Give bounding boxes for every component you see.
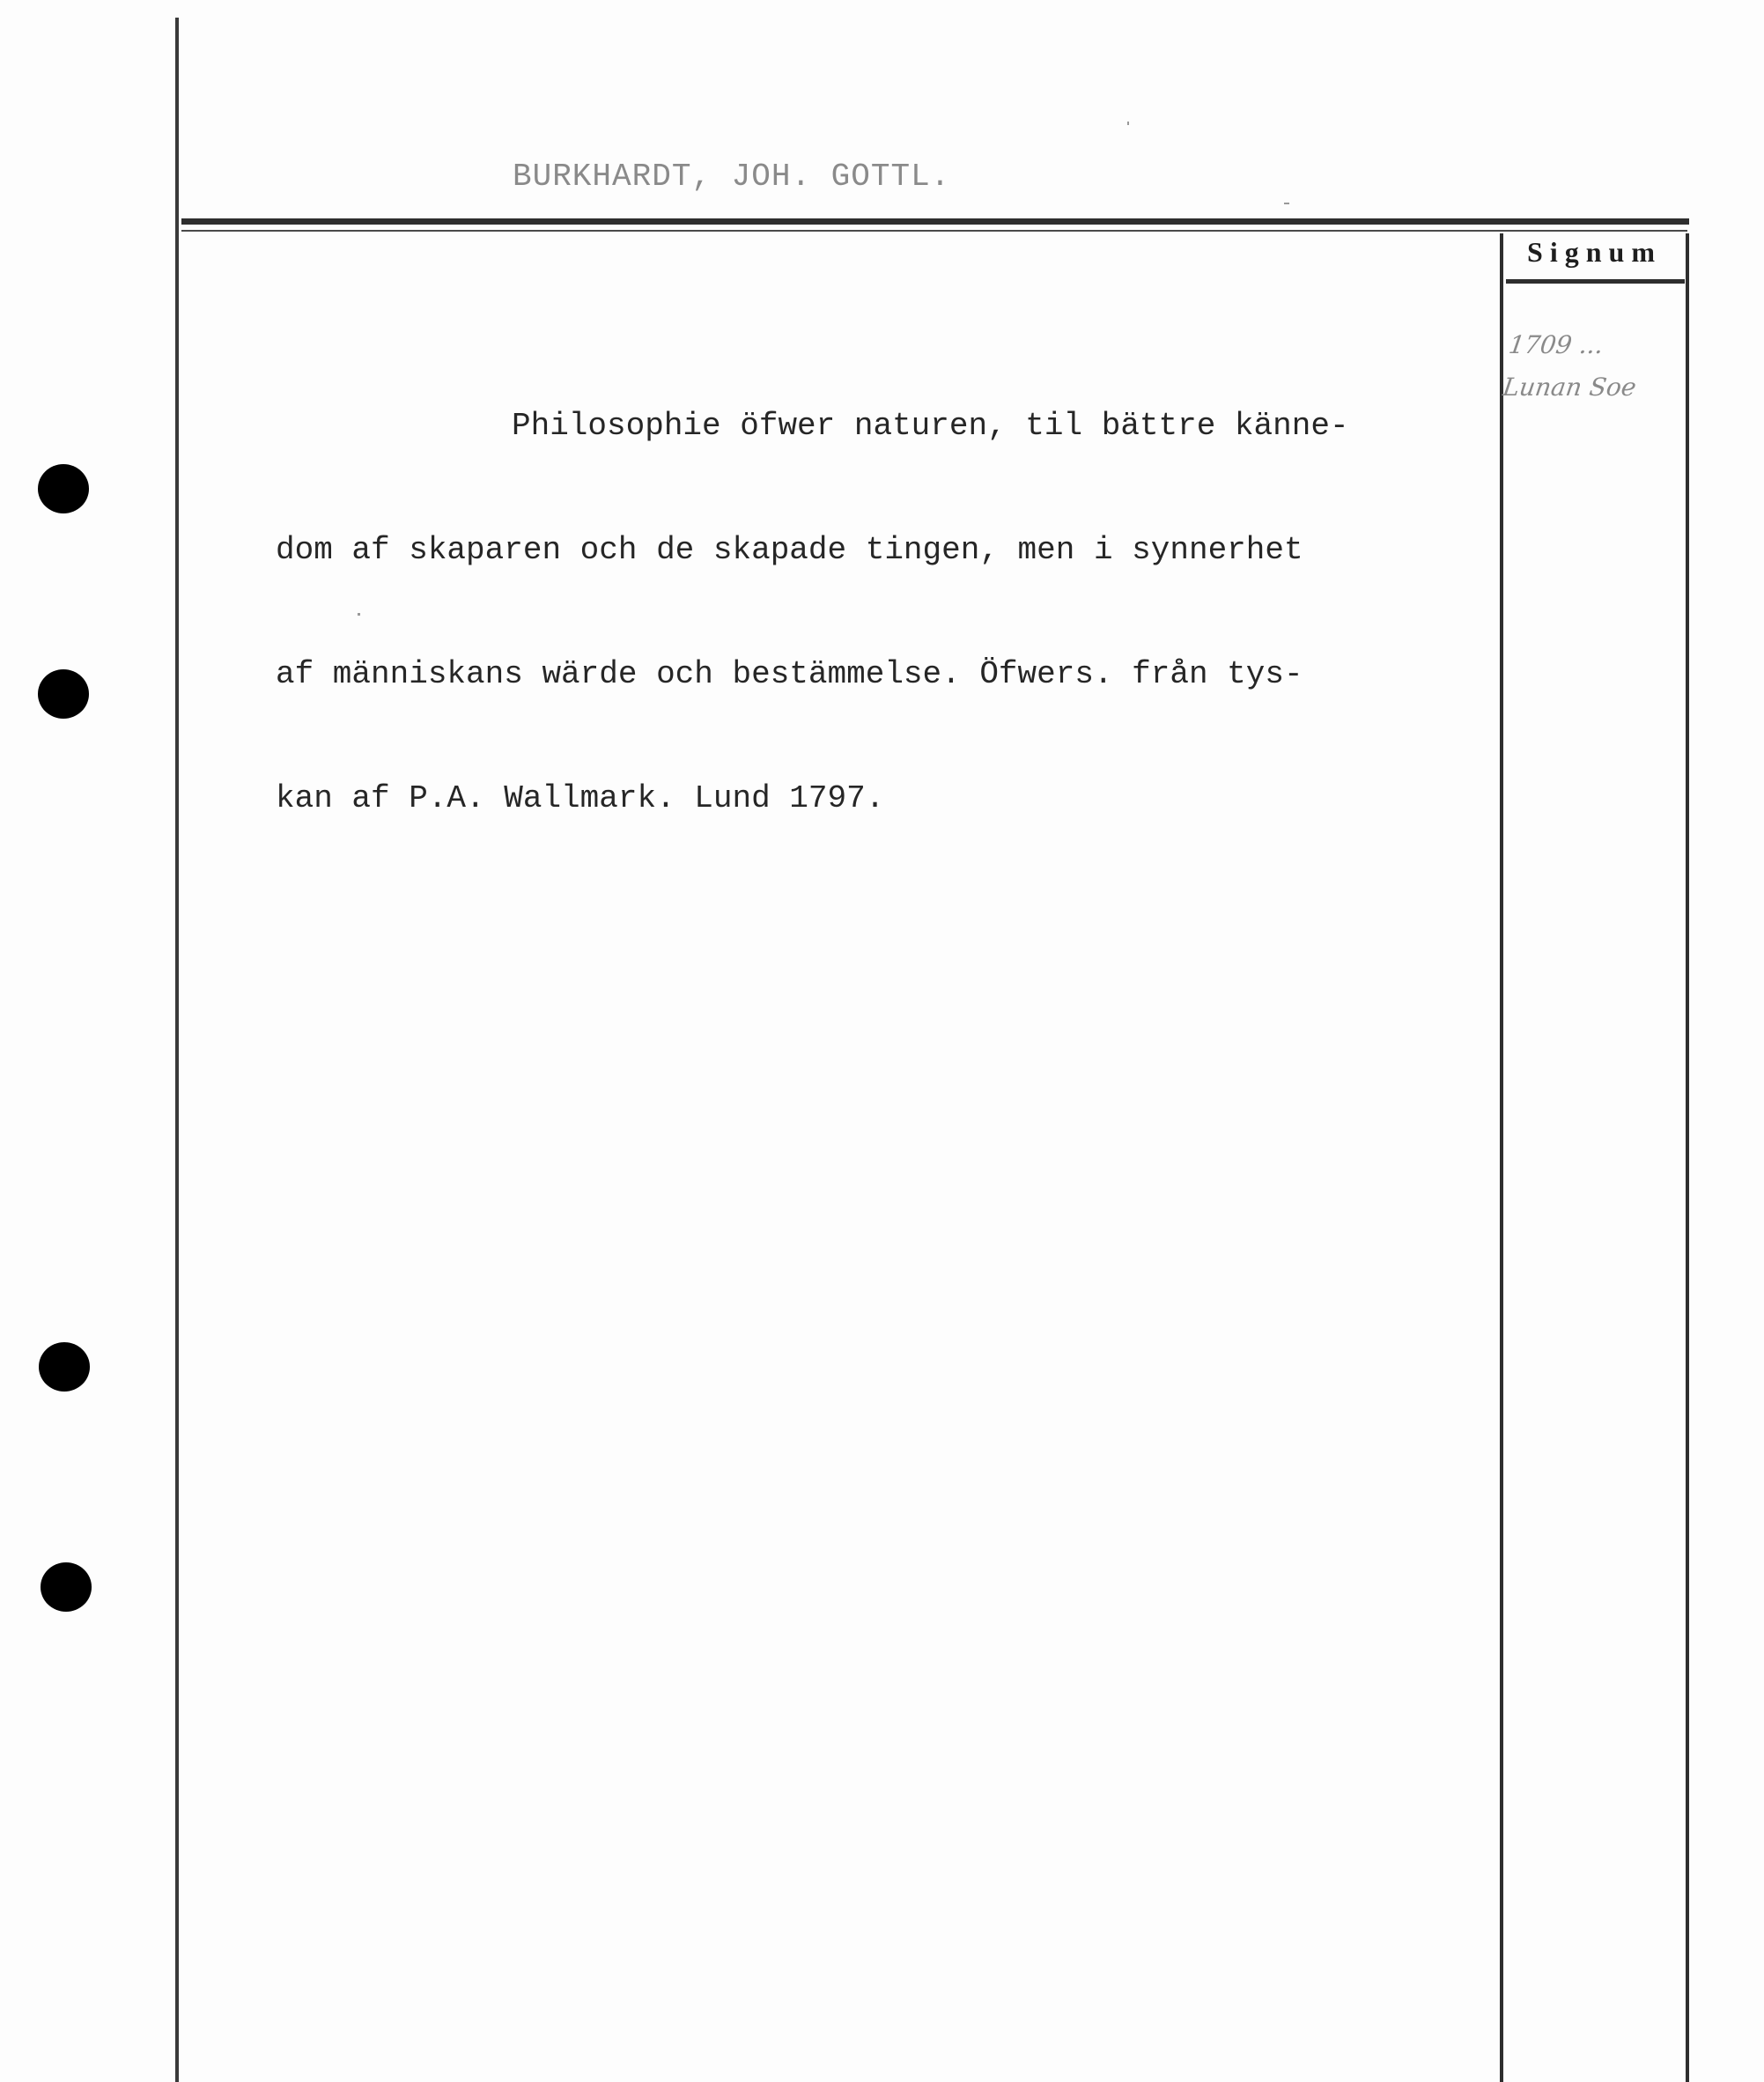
entry-line: dom af skaparen och de skapade tingen, m… xyxy=(276,529,1473,571)
signum-label: Signum xyxy=(1503,236,1686,269)
paper-speck xyxy=(1284,203,1289,204)
entry-line: kan af P.A. Wallmark. Lund 1797. xyxy=(276,778,1473,819)
bibliographic-entry: Philosophie öfwer naturen, til bättre kä… xyxy=(276,322,1473,902)
heading-rule-thin xyxy=(181,230,1687,232)
signum-column-left-border xyxy=(1500,233,1503,2082)
card-heading-author: BURKHARDT, JOH. GOTTL. xyxy=(513,159,950,195)
signum-underline xyxy=(1506,279,1685,284)
punch-hole xyxy=(38,464,89,513)
paper-speck xyxy=(1127,122,1129,125)
heading-rule-thick xyxy=(181,218,1689,225)
punch-hole xyxy=(39,1342,90,1392)
entry-line: Philosophie öfwer naturen, til bättre kä… xyxy=(276,405,1473,447)
left-margin-rule xyxy=(175,18,179,2082)
entry-line: af människans wärde och bestämmelse. Öfw… xyxy=(276,653,1473,695)
catalog-card: BURKHARDT, JOH. GOTTL. Signum 1709 ... L… xyxy=(0,0,1764,2082)
punch-hole xyxy=(38,669,89,719)
signum-handwritten-note: 1709 ... Lunan Soe xyxy=(1500,324,1693,409)
signum-note-line: Lunan Soe xyxy=(1500,366,1687,409)
paper-speck xyxy=(358,613,360,616)
signum-note-line: 1709 ... xyxy=(1506,324,1694,366)
punch-hole xyxy=(41,1562,92,1612)
signum-column-right-border xyxy=(1686,233,1689,2082)
